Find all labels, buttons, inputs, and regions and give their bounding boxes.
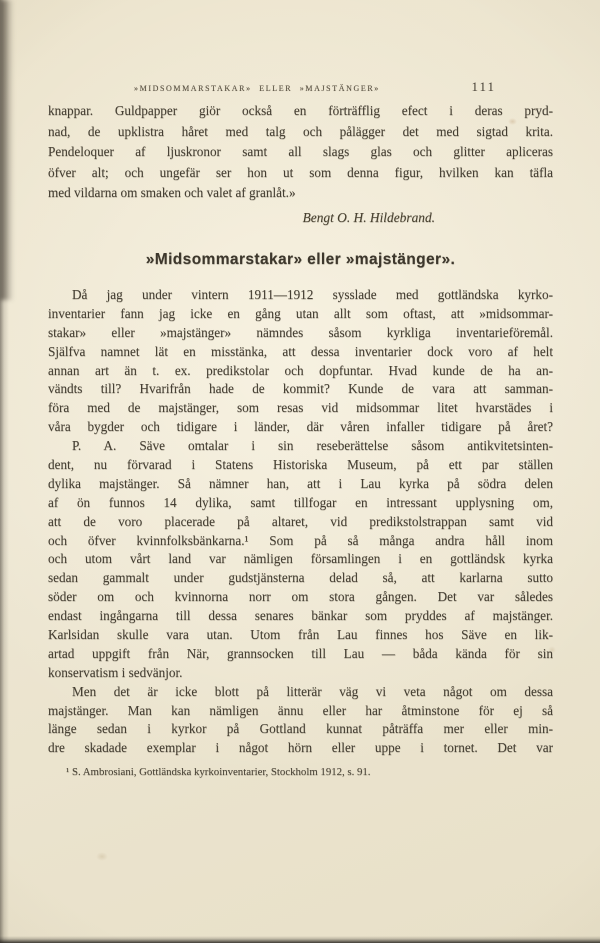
text-line: Karlsidan skulle vara utan. Utom från La… — [48, 626, 553, 645]
foxing-spot — [96, 852, 108, 861]
body-paragraph-3: Men det är icke blott på litterär väg vi… — [48, 683, 553, 759]
text-line: konservatism i sedvänjor. — [48, 664, 553, 683]
body-paragraph-1: Då jag under vintern 1911—1912 sysslade … — [48, 286, 553, 437]
text-line: nad, de upklistra håret med talg och pål… — [48, 122, 553, 143]
text-line: att de voro placerade på altaret, vid pr… — [48, 513, 553, 532]
text-line: våra bygder och tidigare i länder, där v… — [48, 418, 553, 437]
text-block: knappar. Guldpapper giör också en förträ… — [48, 101, 553, 779]
footnote-marker: ¹ — [66, 766, 69, 778]
text-line: P. A. Säve omtalar i sin reseberättelse … — [48, 437, 553, 456]
text-line: endast ingångarna till dessa senares bän… — [48, 607, 553, 626]
text-line: artad uppgift från När, grannsocken till… — [48, 645, 553, 664]
intro-quote-paragraph: knappar. Guldpapper giör också en förträ… — [48, 101, 553, 204]
text-line: och öfver kvinnfolksbänkarna.¹ Som på så… — [48, 532, 553, 551]
text-line: vändts till? Hvarifrån hade de kommit? K… — [48, 380, 553, 399]
page-number: 111 — [471, 79, 496, 95]
scan-edge-left — [0, 0, 9, 943]
text-line: af ön funnos 14 dylika, samt tillfogar e… — [48, 494, 553, 513]
text-line: Själfva namnet lät en misstänka, att des… — [48, 343, 553, 362]
text-line: knappar. Guldpapper giör också en förträ… — [48, 101, 553, 122]
text-line: dylika majstänger. Så nämner han, att i … — [48, 475, 553, 494]
text-line: och utom vårt land var nämligen församli… — [48, 550, 553, 569]
text-line: stakar» eller »majstänger» nämndes såsom… — [48, 324, 553, 343]
text-line: föra med de majstänger, som resas vid mi… — [48, 399, 553, 418]
text-line: dre skadade exemplar i något hörn eller … — [48, 739, 553, 758]
text-line: majstänger. Man kan nämligen ännu eller … — [48, 702, 553, 721]
text-line: söder om och kvinnorna norr om stora gån… — [48, 588, 553, 607]
text-line: sedan gammalt under gudstjänsterna delad… — [48, 569, 553, 588]
text-line: länge sedan i kyrkor på Gottland kunnat … — [48, 720, 553, 739]
text-line: Men det är icke blott på litterär väg vi… — [48, 683, 553, 702]
article-body: Då jag under vintern 1911—1912 sysslade … — [48, 286, 553, 758]
text-line: Då jag under vintern 1911—1912 sysslade … — [48, 286, 553, 305]
text-line: inventarier fann jag icke en gång utan a… — [48, 305, 553, 324]
text-line: annan art än t. ex. predikstolar och dop… — [48, 362, 553, 381]
body-paragraph-2: P. A. Säve omtalar i sin reseberättelse … — [48, 437, 553, 683]
text-line: dent, nu förvarad i Statens Historiska M… — [48, 456, 553, 475]
footnote: ¹ S. Ambrosiani, Gottländska kyrkoinvent… — [48, 765, 553, 779]
article-title: »Midsommarstakar» eller »majstänger». — [48, 249, 553, 271]
footnote-text: S. Ambrosiani, Gottländska kyrkoinventar… — [72, 766, 371, 778]
scanned-book-page: »MIDSOMMARSTAKAR» ELLER »MAJSTÄNGER» 111… — [0, 0, 600, 943]
text-line: öfver alt; och ungefär ser hon ut som de… — [48, 163, 553, 184]
text-line: med vildarna om smaken och valet af gran… — [48, 183, 553, 204]
running-head-title: »MIDSOMMARSTAKAR» ELLER »MAJSTÄNGER» — [134, 84, 380, 93]
scan-edge-bottom — [0, 936, 600, 943]
text-line: Pendeloquer af ljuskronor samt all slags… — [48, 142, 553, 163]
quote-attribution: Bengt O. H. Hildebrand. — [48, 207, 553, 228]
